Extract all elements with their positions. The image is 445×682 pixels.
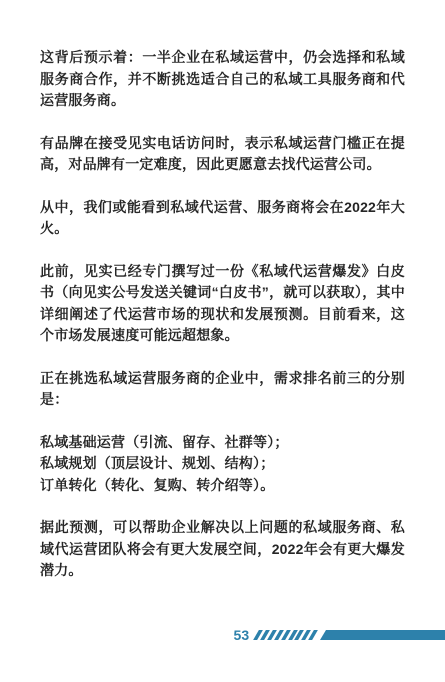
list-item: 私域基础运营（引流、留存、社群等）；	[40, 432, 405, 454]
paragraph-3: 从中，我们或能看到私域代运营、服务商将会在2022年大火。	[40, 197, 405, 240]
list-item: 私域规划（顶层设计、规划、结构）；	[40, 453, 405, 475]
top-needs-list: 私域基础运营（引流、留存、社群等）； 私域规划（顶层设计、规划、结构）； 订单转…	[40, 432, 405, 497]
footer-bar	[320, 630, 445, 640]
slash-decoration	[256, 630, 318, 640]
page-footer: 53	[0, 628, 445, 642]
paragraph-6: 据此预测，可以帮助企业解决以上问题的私域服务商、私域代运营团队将会有更大发展空间…	[40, 517, 405, 582]
list-item: 订单转化（转化、复购、转介绍等）。	[40, 475, 405, 497]
paragraph-5: 正在挑选私域运营服务商的企业中，需求排名前三的分别是：	[40, 368, 405, 411]
document-page: 这背后预示着：一半企业在私域运营中，仍会选择和私域服务商合作，并不断挑选适合自己…	[0, 0, 445, 682]
paragraph-2: 有品牌在接受见实电话访问时，表示私域运营门槛正在提高，对品牌有一定难度，因此更愿…	[40, 133, 405, 176]
page-number: 53	[234, 628, 250, 642]
paragraph-1: 这背后预示着：一半企业在私域运营中，仍会选择和私域服务商合作，并不断挑选适合自己…	[40, 47, 405, 112]
paragraph-4: 此前，见实已经专门撰写过一份《私域代运营爆发》白皮书（向见实公号发送关键词“白皮…	[40, 261, 405, 347]
body-text: 这背后预示着：一半企业在私域运营中，仍会选择和私域服务商合作，并不断挑选适合自己…	[40, 47, 405, 603]
